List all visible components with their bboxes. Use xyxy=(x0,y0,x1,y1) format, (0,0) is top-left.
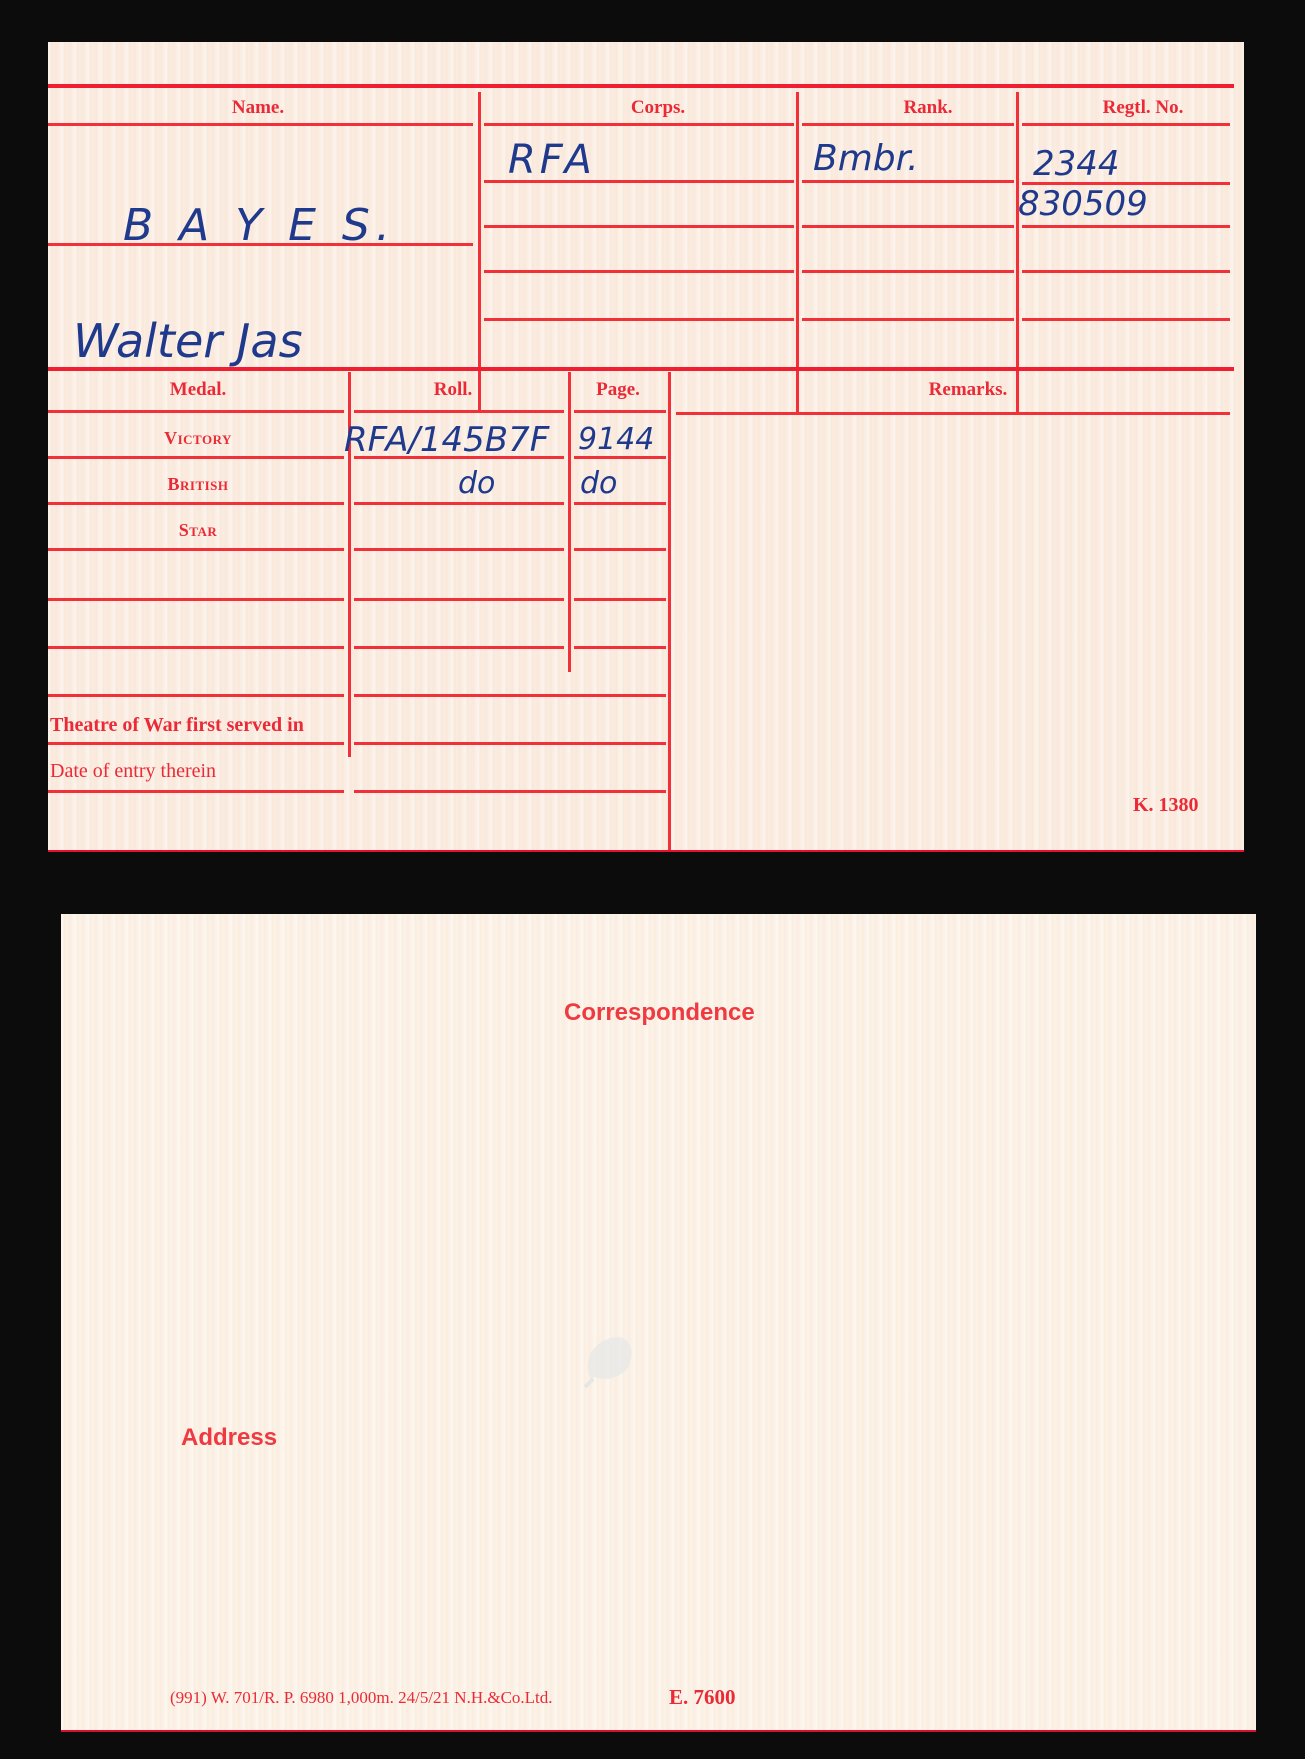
divider xyxy=(574,548,666,551)
divider xyxy=(48,502,344,505)
correspondence-label: Correspondence xyxy=(564,999,755,1027)
divider xyxy=(484,318,794,321)
divider xyxy=(1022,225,1230,228)
divider xyxy=(354,410,564,413)
divider xyxy=(802,225,1014,228)
divider xyxy=(354,742,666,745)
address-label: Address xyxy=(181,1424,277,1452)
regtl-number-new: 830509 xyxy=(1018,184,1148,224)
medal-card-front: Name. Corps. Rank. Regtl. No. B A Y E S.… xyxy=(48,42,1244,852)
divider xyxy=(48,790,344,793)
divider xyxy=(1022,123,1230,126)
header-page: Page. xyxy=(568,379,668,401)
medal-label-victory: Victory xyxy=(108,428,288,449)
divider xyxy=(354,646,564,649)
divider xyxy=(48,456,344,459)
divider xyxy=(354,502,564,505)
header-name: Name. xyxy=(198,97,318,119)
divider xyxy=(354,598,564,601)
regtl-number-old: 2344 xyxy=(1033,144,1120,184)
roll-entry-victory: RFA/145B7F xyxy=(344,420,549,460)
divider xyxy=(48,84,1234,88)
imprint-text: (991) W. 701/R. P. 6980 1,000m. 24/5/21 … xyxy=(170,1688,553,1708)
header-remarks: Remarks. xyxy=(898,379,1038,401)
divider xyxy=(48,742,344,745)
header-rank: Rank. xyxy=(868,97,988,119)
page-entry-british: do xyxy=(580,466,617,501)
surname-entry: B A Y E S. xyxy=(123,200,396,251)
divider xyxy=(802,123,1014,126)
divider xyxy=(354,790,666,793)
medal-label-british: British xyxy=(108,474,288,495)
divider xyxy=(48,598,344,601)
theatre-of-war-label: Theatre of War first served in xyxy=(50,714,304,737)
divider xyxy=(568,372,571,672)
rank-entry: Bmbr. xyxy=(813,138,919,179)
divider xyxy=(802,318,1014,321)
divider xyxy=(574,646,666,649)
divider xyxy=(48,367,1234,371)
divider xyxy=(1022,270,1230,273)
divider xyxy=(48,123,473,126)
imprint-code: E. 7600 xyxy=(669,1685,736,1710)
form-number: K. 1380 xyxy=(1133,794,1199,817)
medal-card-back: Correspondence Address (991) W. 701/R. P… xyxy=(61,914,1256,1732)
divider xyxy=(574,410,666,413)
divider xyxy=(1016,92,1019,412)
divider xyxy=(574,502,666,505)
date-of-entry-label: Date of entry therein xyxy=(50,760,216,783)
divider xyxy=(1022,318,1230,321)
divider xyxy=(48,646,344,649)
header-roll: Roll. xyxy=(398,379,508,401)
divider xyxy=(48,548,344,551)
divider xyxy=(48,410,344,413)
watermark-leaf-icon xyxy=(571,1329,641,1389)
divider xyxy=(354,694,666,697)
divider xyxy=(668,372,671,850)
corps-entry: RFA xyxy=(508,137,596,183)
forenames-entry: Walter Jas xyxy=(73,314,303,368)
header-medal: Medal. xyxy=(138,379,258,401)
header-regtl-no: Regtl. No. xyxy=(1068,97,1218,119)
divider xyxy=(802,180,1014,183)
header-corps: Corps. xyxy=(598,97,718,119)
divider xyxy=(354,548,564,551)
divider xyxy=(802,270,1014,273)
divider xyxy=(574,598,666,601)
roll-entry-british: do xyxy=(458,466,495,501)
medal-label-star: Star xyxy=(108,520,288,541)
divider xyxy=(484,270,794,273)
divider xyxy=(484,123,794,126)
divider xyxy=(796,92,799,412)
divider xyxy=(676,412,1230,415)
divider xyxy=(478,92,481,412)
divider xyxy=(484,225,794,228)
divider xyxy=(48,694,344,697)
page-entry-victory: 9144 xyxy=(578,422,654,457)
